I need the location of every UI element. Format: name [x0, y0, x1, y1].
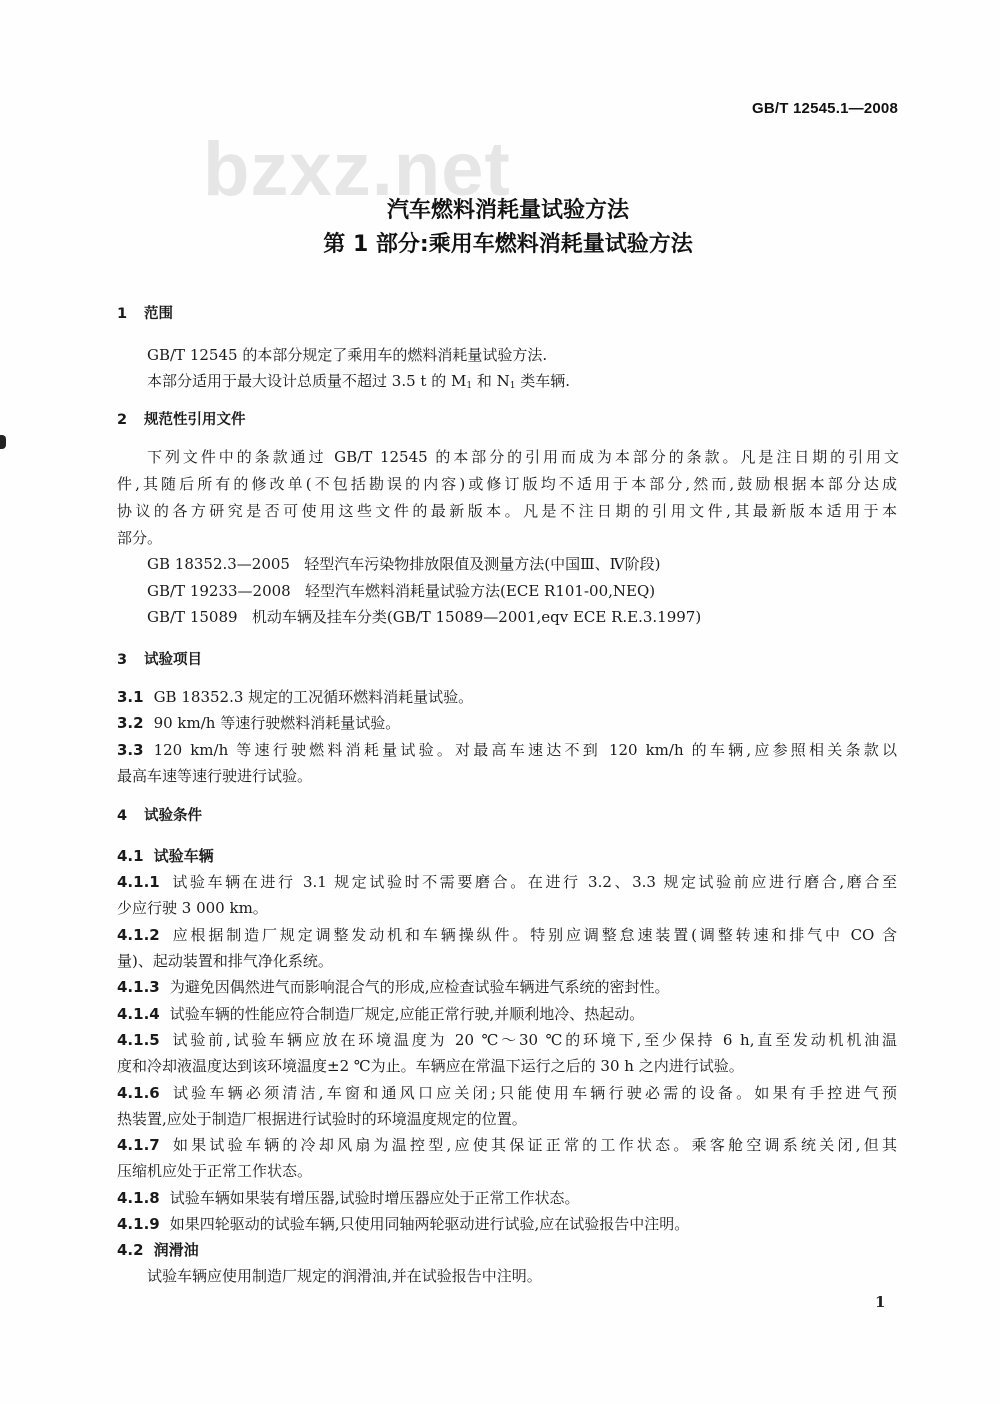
- clause-number: 3.3: [117, 739, 144, 761]
- reference-title: 轻型汽车燃料消耗量试验方法(ECE R101-00,NEQ): [305, 582, 655, 600]
- clause-item: 4.1.6试验车辆必须清洁,车窗和通风口应关闭;只能使用车辆行驶必需的设备。如果…: [117, 1082, 897, 1104]
- binding-mark: [0, 435, 6, 449]
- clause-number: 4.1.5: [117, 1029, 160, 1051]
- clause-number: 4.1.1: [117, 871, 160, 893]
- document-page: GB/T 12545.1—2008 bzxz.net 汽车燃料消耗量试验方法 第…: [0, 0, 1000, 1404]
- page-number: 1: [875, 1293, 885, 1311]
- clause-continuation: 压缩机应处于正常工作状态。: [117, 1160, 312, 1182]
- clause-continuation: 量)、起动装置和排气净化系统。: [117, 950, 333, 972]
- section-4-heading: 4试验条件: [117, 805, 202, 827]
- clause-number: 4.1.3: [117, 976, 160, 998]
- clause-item: 4.1.1试验车辆在进行 3.1 规定试验时不需要磨合。在进行 3.2、3.3 …: [117, 871, 897, 893]
- reference-item: GB/T 15089 机动车辆及挂车分类(GB/T 15089—2001,eqv…: [147, 606, 701, 628]
- clause-number: 4.1.7: [117, 1134, 160, 1156]
- subsection-4-2-heading: 4.2润滑油: [117, 1239, 199, 1261]
- section-1-para-2: 本部分适用于最大设计总质量不超过 3.5 t 的 M1 和 N1 类车辆.: [147, 370, 570, 397]
- clause-item: 4.1.7如果试验车辆的冷却风扇为温控型,应使其保证正常的工作状态。乘客舱空调系…: [117, 1134, 897, 1156]
- clause-continuation: 少应行驶 3 000 km。: [117, 897, 268, 919]
- clause-item: 3.290 km/h 等速行驶燃料消耗量试验。: [117, 712, 400, 734]
- clause-item: 4.1.2应根据制造厂规定调整发动机和车辆操纵件。特别应调整怠速装置(调整转速和…: [117, 924, 897, 946]
- section-2-para-line: 协议的各方研究是否可使用这些文件的最新版本。凡是不注日期的引用文件,其最新版本适…: [117, 500, 897, 522]
- section-title: 试验项目: [144, 652, 202, 668]
- clause-item: 4.1.9如果四轮驱动的试验车辆,只使用同轴两轮驱动进行试验,应在试验报告中注明…: [117, 1213, 689, 1235]
- clause-continuation: 最高车速等速行驶进行试验。: [117, 765, 312, 787]
- clause-number: 4.1.8: [117, 1187, 160, 1209]
- clause-number: 3.1: [117, 686, 144, 708]
- clause-item: 4.1.4试验车辆的性能应符合制造厂规定,应能正常行驶,并顺利地冷、热起动。: [117, 1003, 644, 1025]
- clause-number: 4.2: [117, 1239, 144, 1261]
- clause-continuation: 度和冷却液温度达到该环境温度±2 ℃为止。车辆应在常温下运行之后的 30 h 之…: [117, 1055, 744, 1077]
- clause-number: 4.1: [117, 845, 144, 867]
- section-number: 2: [117, 409, 144, 431]
- document-title: 汽车燃料消耗量试验方法: [8, 193, 1000, 224]
- section-1-heading: 1范围: [117, 303, 173, 325]
- clause-number: 4.1.4: [117, 1003, 160, 1025]
- clause-item: 4.1.8试验车辆如果装有增压器,试验时增压器应处于正常工作状态。: [117, 1187, 580, 1209]
- document-subtitle: 第 1 部分:乘用车燃料消耗量试验方法: [8, 227, 1000, 258]
- reference-code: GB 18352.3—2005: [147, 555, 290, 573]
- section-2-para-line: 部分。: [117, 527, 162, 549]
- reference-title: 机动车辆及挂车分类(GB/T 15089—2001,eqv ECE R.E.3.…: [252, 608, 701, 626]
- clause-continuation: 热装置,应处于制造厂根据进行试验时的环境温度规定的位置。: [117, 1108, 527, 1130]
- clause-number: 4.1.2: [117, 924, 160, 946]
- section-title: 规范性引用文件: [144, 412, 246, 428]
- section-number: 4: [117, 805, 144, 827]
- section-1-para-1: GB/T 12545 的本部分规定了乘用车的燃料消耗量试验方法.: [147, 344, 547, 366]
- subsection-4-2-text: 试验车辆应使用制造厂规定的润滑油,并在试验报告中注明。: [147, 1265, 542, 1287]
- clause-number: 4.1.9: [117, 1213, 160, 1235]
- section-2-para-line: 下列文件中的条款通过 GB/T 12545 的本部分的引用而成为本部分的条款。凡…: [147, 446, 899, 468]
- subsection-4-1-heading: 4.1试验车辆: [117, 845, 214, 867]
- clause-number: 3.2: [117, 712, 144, 734]
- reference-item: GB/T 19233—2008 轻型汽车燃料消耗量试验方法(ECE R101-0…: [147, 580, 655, 602]
- clause-item: 3.1GB 18352.3 规定的工况循环燃料消耗量试验。: [117, 686, 473, 708]
- reference-code: GB/T 15089: [147, 608, 238, 626]
- section-3-heading: 3试验项目: [117, 649, 202, 671]
- section-number: 1: [117, 303, 144, 325]
- section-title: 范围: [144, 306, 173, 322]
- reference-code: GB/T 19233—2008: [147, 582, 291, 600]
- clause-item: 4.1.3为避免因偶然进气而影响混合气的形成,应检查试验车辆进气系统的密封性。: [117, 976, 670, 998]
- section-title: 试验条件: [144, 808, 202, 824]
- section-2-heading: 2规范性引用文件: [117, 409, 246, 431]
- reference-item: GB 18352.3—2005 轻型汽车污染物排放限值及测量方法(中国Ⅲ、Ⅳ阶段…: [147, 553, 660, 575]
- clause-item: 3.3120 km/h 等速行驶燃料消耗量试验。对最高车速达不到 120 km/…: [117, 739, 897, 761]
- standard-code: GB/T 12545.1—2008: [752, 100, 898, 117]
- reference-title: 轻型汽车污染物排放限值及测量方法(中国Ⅲ、Ⅳ阶段): [304, 555, 660, 573]
- clause-item: 4.1.5试验前,试验车辆应放在环境温度为 20 ℃～30 ℃的环境下,至少保持…: [117, 1029, 897, 1051]
- section-number: 3: [117, 649, 144, 671]
- section-2-para-line: 件,其随后所有的修改单(不包括勘误的内容)或修订版均不适用于本部分,然而,鼓励根…: [117, 473, 897, 495]
- clause-number: 4.1.6: [117, 1082, 160, 1104]
